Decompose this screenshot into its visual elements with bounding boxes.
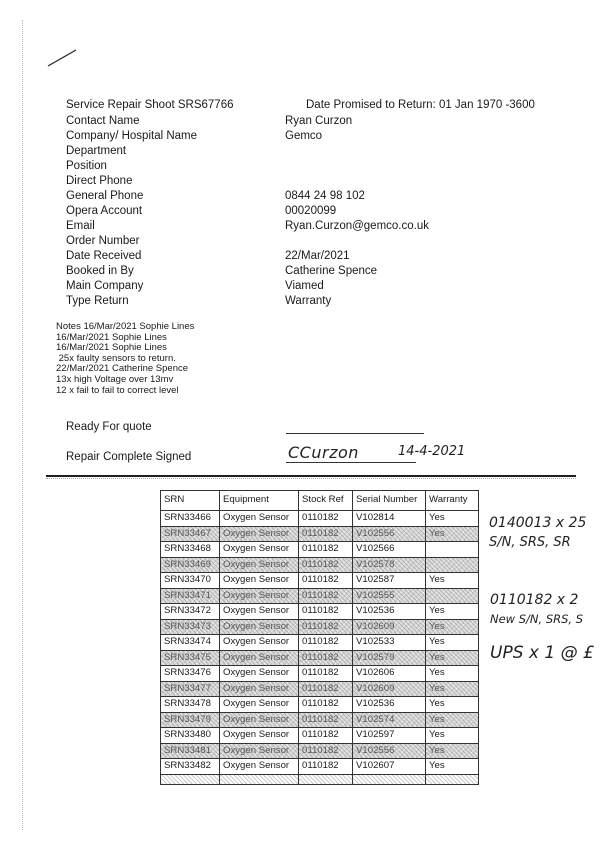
field-row: Booked in ByCatherine Spence	[66, 264, 546, 279]
field-value: Ryan.Curzon@gemco.co.uk	[285, 219, 429, 234]
pen-mark-icon	[44, 46, 80, 70]
field-row: Department	[66, 144, 546, 159]
cell-serial-number: V102574	[353, 712, 426, 728]
cell-serial-number: V102536	[353, 697, 426, 713]
handwritten-signature: CCurzon	[288, 443, 359, 462]
cell-equipment: Oxygen Sensor	[220, 697, 299, 713]
table-row: SRN33473Oxygen Sensor0110182V102609Yes	[161, 619, 479, 635]
cell-serial-number: V102536	[353, 604, 426, 620]
table-row-cutoff	[161, 774, 479, 784]
field-label: Booked in By	[66, 264, 134, 279]
field-value: Catherine Spence	[285, 264, 377, 279]
cell-equipment: Oxygen Sensor	[220, 619, 299, 635]
contact-fields: Contact NameRyan CurzonCompany/ Hospital…	[66, 114, 546, 309]
cell-serial-number: V102556	[353, 743, 426, 759]
field-value: Ryan Curzon	[285, 114, 352, 129]
cell-warranty: Yes	[426, 573, 479, 589]
field-value: 0844 24 98 102	[285, 189, 365, 204]
cell-serial-number: V102555	[353, 588, 426, 604]
cell-serial-number: V102566	[353, 542, 426, 558]
field-row: Order Number	[66, 234, 546, 249]
table-row: SRN33466Oxygen Sensor0110182V102814Yes	[161, 511, 479, 527]
table-row: SRN33479Oxygen Sensor0110182V102574Yes	[161, 712, 479, 728]
table-row: SRN33482Oxygen Sensor0110182V102607Yes	[161, 759, 479, 775]
cell-equipment: Oxygen Sensor	[220, 604, 299, 620]
cell-equipment: Oxygen Sensor	[220, 526, 299, 542]
note-line: Notes 16/Mar/2021 Sophie Lines	[56, 322, 194, 333]
cell-srn: SRN33469	[161, 557, 220, 573]
header-stock-ref: Stock Ref	[299, 491, 353, 511]
notes-block: Notes 16/Mar/2021 Sophie Lines16/Mar/202…	[56, 322, 194, 396]
cell-srn: SRN33470	[161, 573, 220, 589]
table-row: SRN33480Oxygen Sensor0110182V102597Yes	[161, 728, 479, 744]
cell-srn: SRN33466	[161, 511, 220, 527]
table-row: SRN33476Oxygen Sensor0110182V102606Yes	[161, 666, 479, 682]
cell-stock-ref: 0110182	[299, 511, 353, 527]
cell-serial-number: V102587	[353, 573, 426, 589]
cell-stock-ref: 0110182	[299, 666, 353, 682]
cell-srn: SRN33482	[161, 759, 220, 775]
cell-warranty	[426, 542, 479, 558]
table-header-row: SRN Equipment Stock Ref Serial Number Wa…	[161, 491, 479, 511]
cell-srn: SRN33476	[161, 666, 220, 682]
table-row: SRN33478Oxygen Sensor0110182V102536Yes	[161, 697, 479, 713]
cell-warranty: Yes	[426, 728, 479, 744]
cell-warranty	[426, 588, 479, 604]
ready-for-quote-signature-line	[286, 433, 424, 434]
table-row: SRN33477Oxygen Sensor0110182V102609Yes	[161, 681, 479, 697]
cell-stock-ref: 0110182	[299, 712, 353, 728]
field-value: 00020099	[285, 204, 336, 219]
cell-equipment: Oxygen Sensor	[220, 635, 299, 651]
field-value: Viamed	[285, 279, 324, 294]
field-label: Department	[66, 144, 126, 159]
table-row: SRN33470Oxygen Sensor0110182V102587Yes	[161, 573, 479, 589]
cell-stock-ref: 0110182	[299, 759, 353, 775]
cell-serial-number: V102607	[353, 759, 426, 775]
cell-srn: SRN33475	[161, 650, 220, 666]
table-row: SRN33472Oxygen Sensor0110182V102536Yes	[161, 604, 479, 620]
cell-stock-ref: 0110182	[299, 542, 353, 558]
cell-srn: SRN33479	[161, 712, 220, 728]
cell-warranty: Yes	[426, 681, 479, 697]
cell-serial-number: V102556	[353, 526, 426, 542]
cell-cutoff	[353, 774, 426, 784]
cell-serial-number: V102578	[353, 557, 426, 573]
field-value: Warranty	[285, 294, 331, 309]
field-row: Company/ Hospital NameGemco	[66, 129, 546, 144]
handwritten-note: 0140013 x 25	[489, 515, 586, 531]
cell-warranty: Yes	[426, 666, 479, 682]
cell-equipment: Oxygen Sensor	[220, 542, 299, 558]
cell-equipment: Oxygen Sensor	[220, 681, 299, 697]
field-row: Opera Account00020099	[66, 204, 546, 219]
cell-warranty: Yes	[426, 511, 479, 527]
cell-stock-ref: 0110182	[299, 728, 353, 744]
cell-stock-ref: 0110182	[299, 588, 353, 604]
field-label: General Phone	[66, 189, 143, 204]
cell-serial-number: V102533	[353, 635, 426, 651]
cell-warranty: Yes	[426, 712, 479, 728]
cell-equipment: Oxygen Sensor	[220, 573, 299, 589]
cell-stock-ref: 0110182	[299, 557, 353, 573]
field-label: Opera Account	[66, 204, 142, 219]
field-row: Contact NameRyan Curzon	[66, 114, 546, 129]
handwritten-note: UPS x 1 @ £	[490, 643, 594, 663]
handwritten-signature-date: 14-4-2021	[398, 444, 465, 459]
cell-srn: SRN33468	[161, 542, 220, 558]
cell-srn: SRN33473	[161, 619, 220, 635]
field-row: Date Received22/Mar/2021	[66, 249, 546, 264]
cell-serial-number: V102814	[353, 511, 426, 527]
cell-equipment: Oxygen Sensor	[220, 759, 299, 775]
field-row: EmailRyan.Curzon@gemco.co.uk	[66, 219, 546, 234]
cell-srn: SRN33467	[161, 526, 220, 542]
header-serial-number: Serial Number	[353, 491, 426, 511]
section-divider	[46, 475, 576, 477]
handwritten-note: New S/N, SRS, S	[490, 612, 583, 626]
cell-equipment: Oxygen Sensor	[220, 666, 299, 682]
cell-cutoff	[426, 774, 479, 784]
field-label: Direct Phone	[66, 174, 132, 189]
field-row: Type ReturnWarranty	[66, 294, 546, 309]
cell-stock-ref: 0110182	[299, 650, 353, 666]
header-warranty: Warranty	[426, 491, 479, 511]
cell-equipment: Oxygen Sensor	[220, 588, 299, 604]
cell-warranty: Yes	[426, 697, 479, 713]
date-promised: Date Promised to Return: 01 Jan 1970 -36…	[306, 99, 535, 111]
note-line: 12 x fail to fail to correct level	[56, 386, 194, 397]
cell-cutoff	[161, 774, 220, 784]
field-label: Type Return	[66, 294, 129, 309]
cell-srn: SRN33478	[161, 697, 220, 713]
table-row: SRN33474Oxygen Sensor0110182V102533Yes	[161, 635, 479, 651]
table-row: SRN33475Oxygen Sensor0110182V102579Yes	[161, 650, 479, 666]
table-row: SRN33471Oxygen Sensor0110182V102555	[161, 588, 479, 604]
cell-warranty	[426, 557, 479, 573]
cell-warranty: Yes	[426, 604, 479, 620]
sheet-title: Service Repair Shoot SRS67766	[66, 99, 234, 111]
cell-serial-number: V102606	[353, 666, 426, 682]
cell-cutoff	[299, 774, 353, 784]
table-row: SRN33468Oxygen Sensor0110182V102566	[161, 542, 479, 558]
cell-stock-ref: 0110182	[299, 573, 353, 589]
cell-warranty: Yes	[426, 619, 479, 635]
handwritten-note: S/N, SRS, SR	[489, 535, 571, 550]
cell-srn: SRN33480	[161, 728, 220, 744]
cell-equipment: Oxygen Sensor	[220, 712, 299, 728]
field-label: Position	[66, 159, 107, 174]
field-label: Company/ Hospital Name	[66, 129, 197, 144]
cell-warranty: Yes	[426, 526, 479, 542]
cell-serial-number: V102609	[353, 619, 426, 635]
header-srn: SRN	[161, 491, 220, 511]
ready-for-quote-label: Ready For quote	[66, 421, 152, 433]
cell-srn: SRN33477	[161, 681, 220, 697]
handwritten-note: 0110182 x 2	[490, 592, 578, 608]
table-row: SRN33467Oxygen Sensor0110182V102556Yes	[161, 526, 479, 542]
section-divider-dots	[46, 478, 576, 479]
field-label: Contact Name	[66, 114, 140, 129]
cell-equipment: Oxygen Sensor	[220, 728, 299, 744]
cell-stock-ref: 0110182	[299, 697, 353, 713]
cell-srn: SRN33474	[161, 635, 220, 651]
cell-equipment: Oxygen Sensor	[220, 511, 299, 527]
cell-cutoff	[220, 774, 299, 784]
cell-warranty: Yes	[426, 759, 479, 775]
cell-stock-ref: 0110182	[299, 635, 353, 651]
table-row: SRN33469Oxygen Sensor0110182V102578	[161, 557, 479, 573]
cell-equipment: Oxygen Sensor	[220, 557, 299, 573]
parts-table: SRN Equipment Stock Ref Serial Number Wa…	[160, 490, 479, 785]
cell-warranty: Yes	[426, 635, 479, 651]
field-row: Position	[66, 159, 546, 174]
header-equipment: Equipment	[220, 491, 299, 511]
field-row: Direct Phone	[66, 174, 546, 189]
field-label: Email	[66, 219, 95, 234]
table-row: SRN33481Oxygen Sensor0110182V102556Yes	[161, 743, 479, 759]
cell-warranty: Yes	[426, 650, 479, 666]
cell-stock-ref: 0110182	[299, 743, 353, 759]
cell-serial-number: V102609	[353, 681, 426, 697]
field-label: Date Received	[66, 249, 141, 264]
cell-stock-ref: 0110182	[299, 526, 353, 542]
cell-equipment: Oxygen Sensor	[220, 743, 299, 759]
note-line: 13x high Voltage over 13mv	[56, 375, 194, 386]
field-value: 22/Mar/2021	[285, 249, 350, 264]
cell-serial-number: V102597	[353, 728, 426, 744]
field-value: Gemco	[285, 129, 322, 144]
repair-complete-label: Repair Complete Signed	[66, 451, 191, 463]
cell-stock-ref: 0110182	[299, 604, 353, 620]
cell-stock-ref: 0110182	[299, 619, 353, 635]
field-row: General Phone0844 24 98 102	[66, 189, 546, 204]
cell-equipment: Oxygen Sensor	[220, 650, 299, 666]
field-row: Main CompanyViamed	[66, 279, 546, 294]
scan-edge-artifact	[22, 20, 24, 830]
cell-stock-ref: 0110182	[299, 681, 353, 697]
field-label: Order Number	[66, 234, 140, 249]
cell-warranty: Yes	[426, 743, 479, 759]
cell-srn: SRN33481	[161, 743, 220, 759]
cell-serial-number: V102579	[353, 650, 426, 666]
field-label: Main Company	[66, 279, 143, 294]
cell-srn: SRN33472	[161, 604, 220, 620]
cell-srn: SRN33471	[161, 588, 220, 604]
signature-line	[286, 462, 416, 463]
